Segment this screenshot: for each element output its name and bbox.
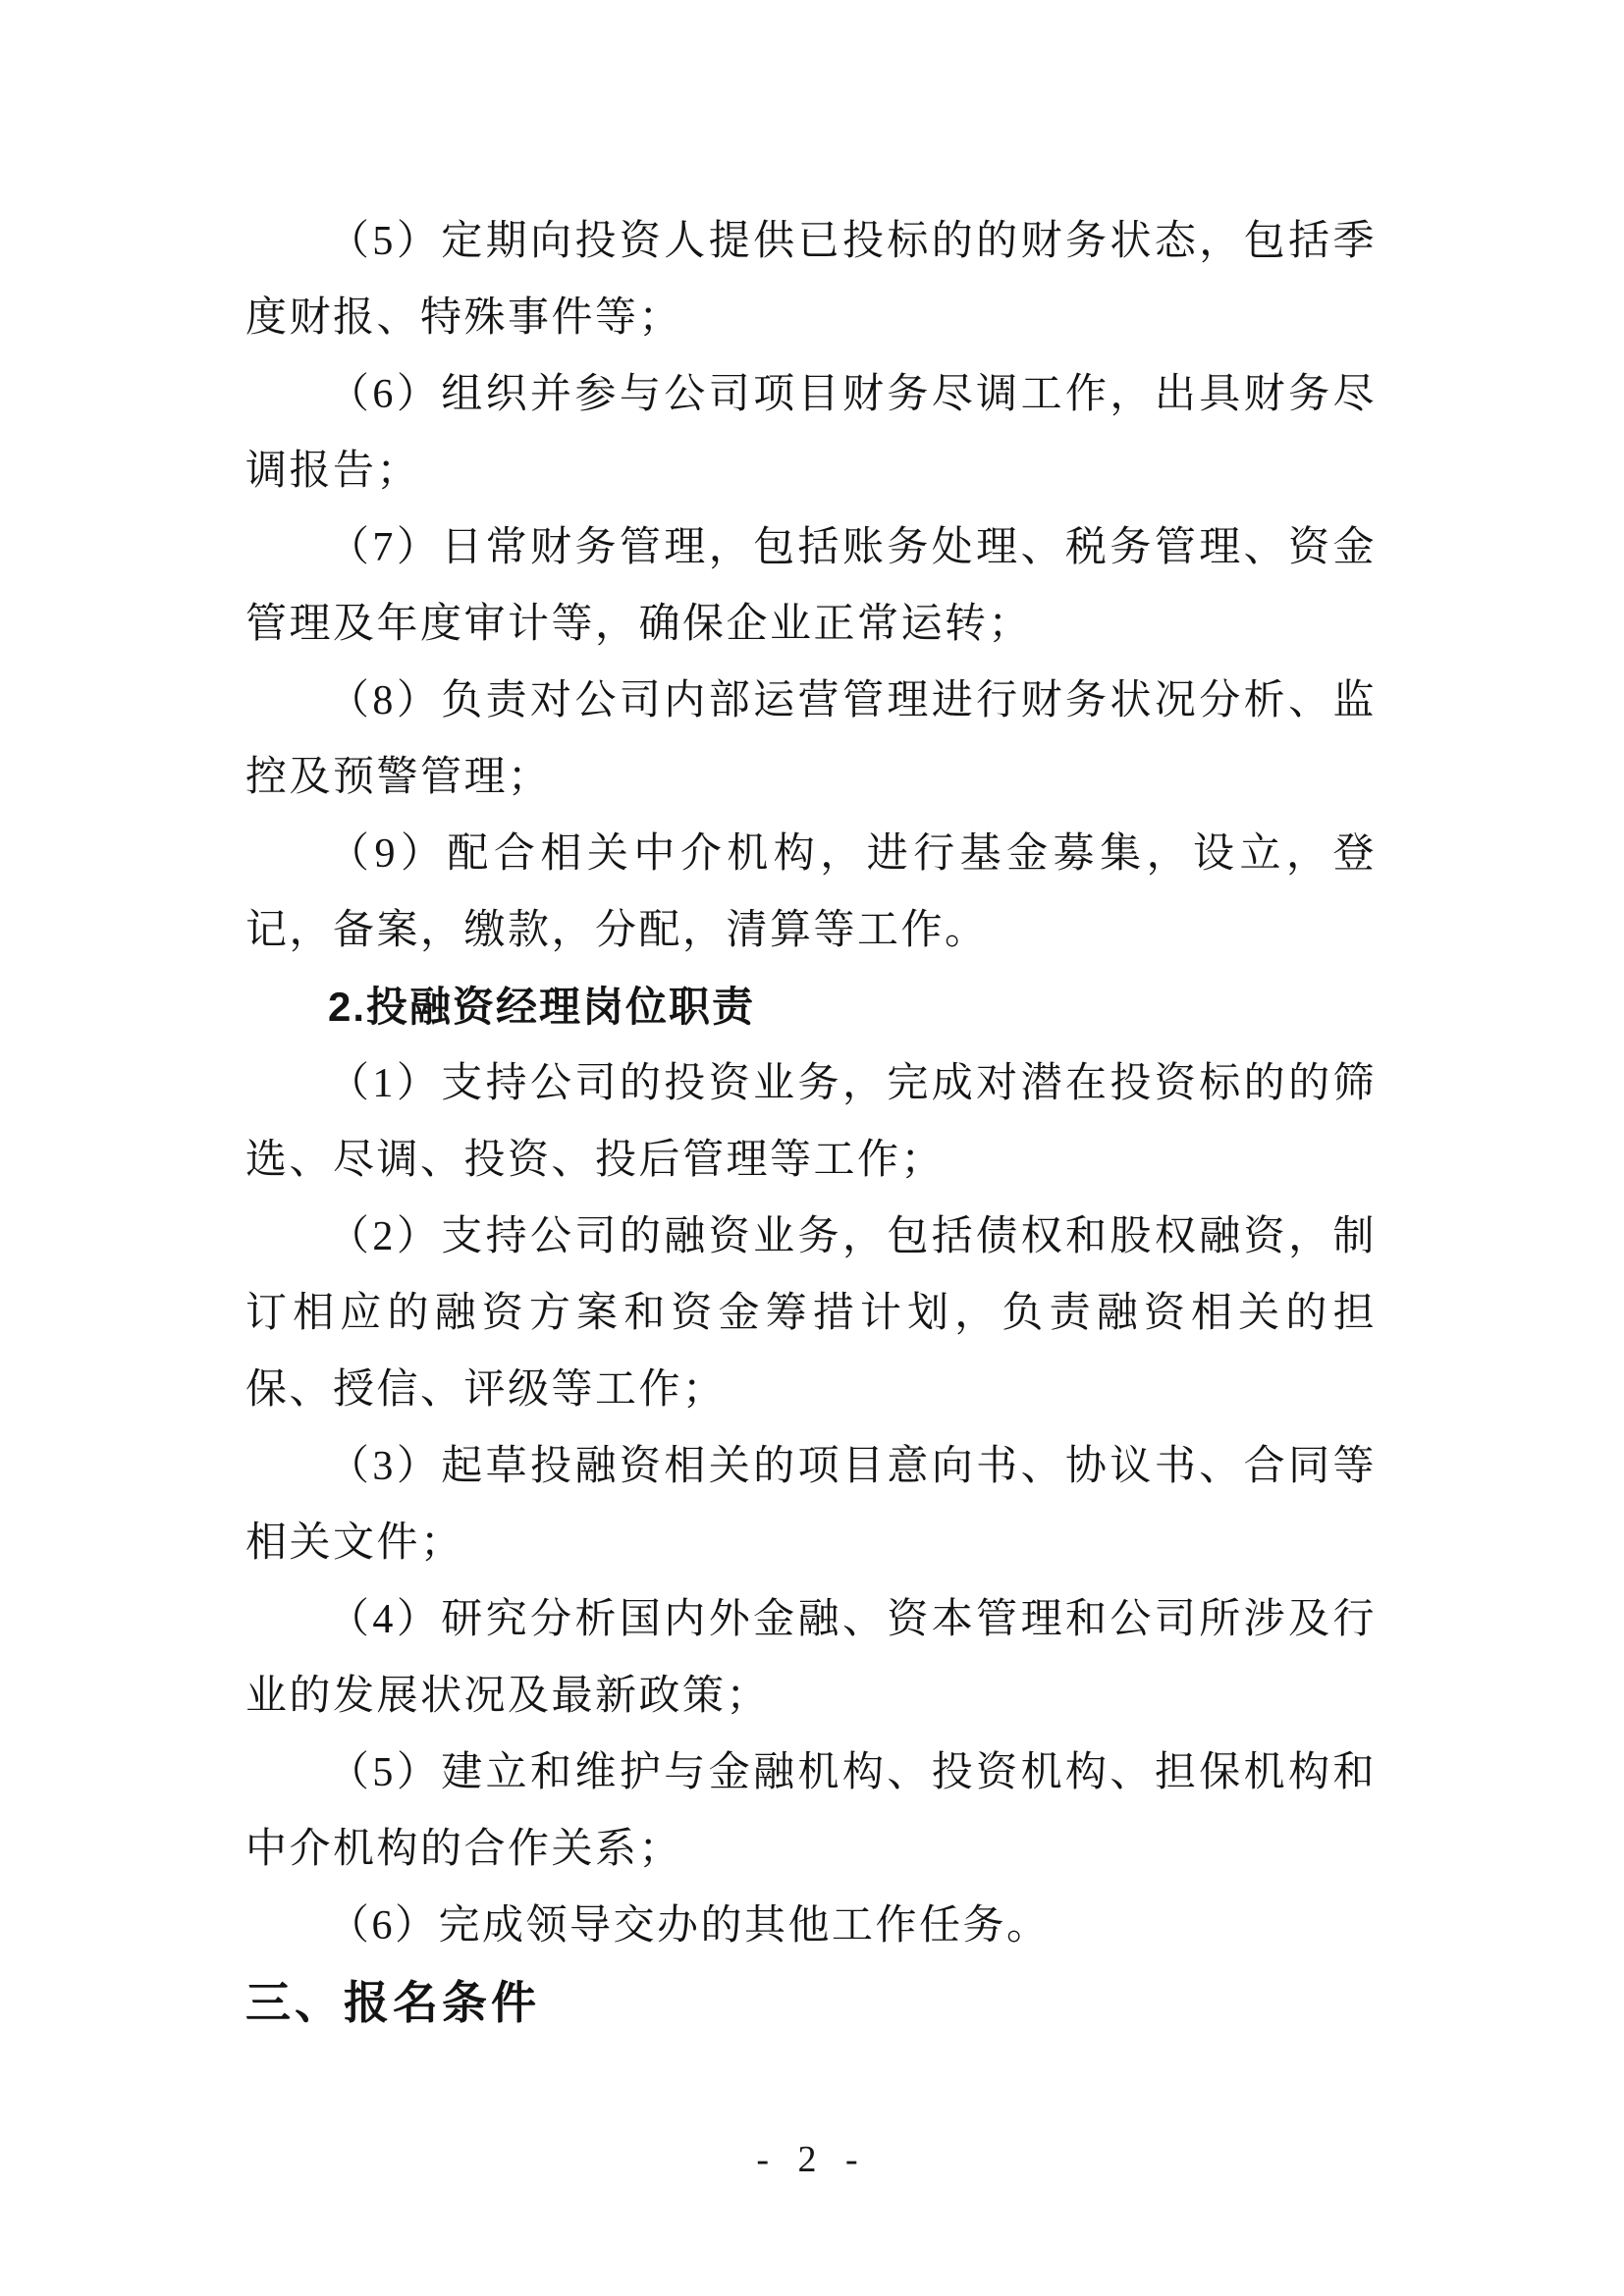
document-page: （5）定期向投资人提供已投标的的财务状态，包括季度财报、特殊事件等；（6）组织并…	[0, 0, 1624, 2296]
paragraph: （8）负责对公司内部运营管理进行财务状况分析、监控及预警管理；	[245, 663, 1377, 816]
paragraph: （5）建立和维护与金融机构、投资机构、担保机构和中介机构的合作关系；	[245, 1735, 1377, 1888]
paragraph: （3）起草投融资相关的项目意向书、协议书、合同等相关文件；	[245, 1428, 1377, 1581]
section-heading: 三、报名条件	[245, 1964, 1377, 2041]
paragraph: （4）研究分析国内外金融、资本管理和公司所涉及行业的发展状况及最新政策；	[245, 1581, 1377, 1735]
paragraph: （5）定期向投资人提供已投标的的财务状态，包括季度财报、特殊事件等；	[245, 203, 1377, 356]
paragraph: （9）配合相关中介机构，进行基金募集，设立，登记，备案，缴款，分配，清算等工作。	[245, 816, 1377, 969]
page-number: - 2 -	[0, 2138, 1624, 2181]
paragraph: （2）支持公司的融资业务，包括债权和股权融资，制订相应的融资方案和资金筹措计划，…	[245, 1199, 1377, 1428]
paragraph: （7）日常财务管理，包括账务处理、税务管理、资金管理及年度审计等，确保企业正常运…	[245, 509, 1377, 663]
document-body: （5）定期向投资人提供已投标的的财务状态，包括季度财报、特殊事件等；（6）组织并…	[245, 203, 1377, 2041]
paragraph: （1）支持公司的投资业务，完成对潜在投资标的的筛选、尽调、投资、投后管理等工作；	[245, 1045, 1377, 1199]
paragraph: （6）完成领导交办的其他工作任务。	[245, 1888, 1377, 1964]
paragraph: （6）组织并参与公司项目财务尽调工作，出具财务尽调报告；	[245, 356, 1377, 509]
subsection-heading: 2.投融资经理岗位职责	[245, 969, 1377, 1045]
